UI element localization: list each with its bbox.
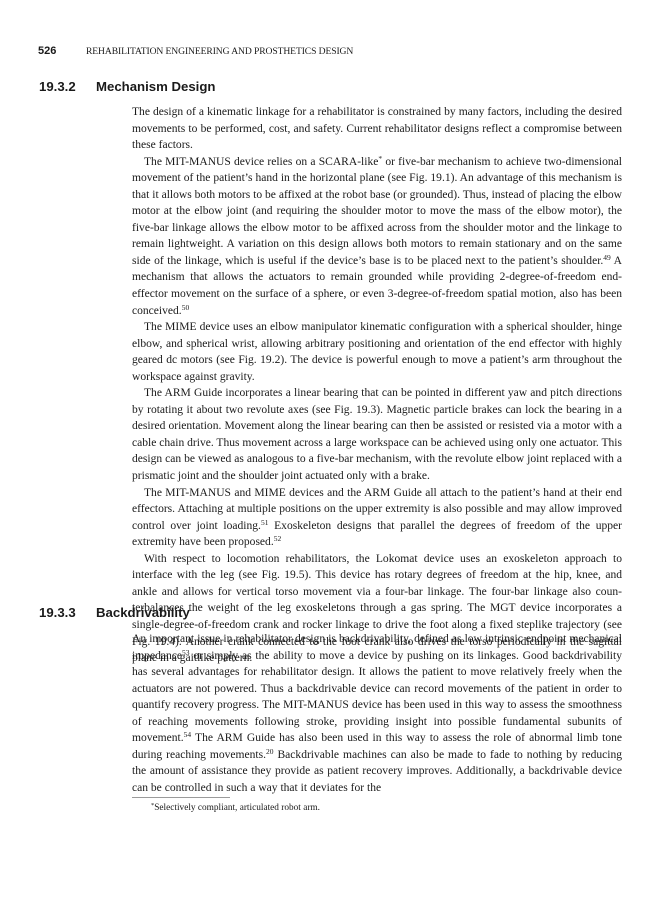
section-title: Mechanism Design bbox=[96, 79, 215, 94]
paragraph: The MIT-MANUS device relies on a SCARA-l… bbox=[132, 154, 622, 319]
citation-ref[interactable]: 53 bbox=[182, 648, 190, 657]
paragraph: The design of a kinematic linkage for a … bbox=[132, 104, 622, 154]
paragraph: The MIME device uses an elbow manipulato… bbox=[132, 319, 622, 385]
section-heading-mechanism-design: 19.3.2Mechanism Design bbox=[39, 79, 215, 94]
footnote-divider bbox=[132, 797, 230, 798]
page-number: 526 bbox=[38, 45, 86, 57]
footnote: *Selectively compliant, articulated robo… bbox=[151, 803, 320, 813]
section-number: 19.3.2 bbox=[39, 79, 96, 94]
citation-ref[interactable]: 52 bbox=[274, 534, 282, 543]
section-body-mechanism-design: The design of a kinematic linkage for a … bbox=[132, 104, 622, 667]
footnote-text: Selectively compliant, articulated robot… bbox=[154, 803, 320, 813]
section-body-backdrivability: An important issue in rehabilitator desi… bbox=[132, 631, 622, 796]
citation-ref[interactable]: 50 bbox=[182, 303, 190, 312]
citation-ref[interactable]: 49 bbox=[603, 253, 611, 262]
section-heading-backdrivability: 19.3.3Backdrivability bbox=[39, 605, 190, 620]
running-title: REHABILITATION ENGINEERING AND PROSTHETI… bbox=[86, 46, 353, 57]
paragraph: An important issue in rehabilitator desi… bbox=[132, 631, 622, 796]
paragraph: The ARM Guide incorporates a linear bear… bbox=[132, 385, 622, 484]
section-title: Backdrivability bbox=[96, 605, 190, 620]
section-number: 19.3.3 bbox=[39, 605, 96, 620]
paragraph: The MIT-MANUS and MIME devices and the A… bbox=[132, 485, 622, 551]
running-header: 526REHABILITATION ENGINEERING AND PROSTH… bbox=[38, 45, 353, 57]
